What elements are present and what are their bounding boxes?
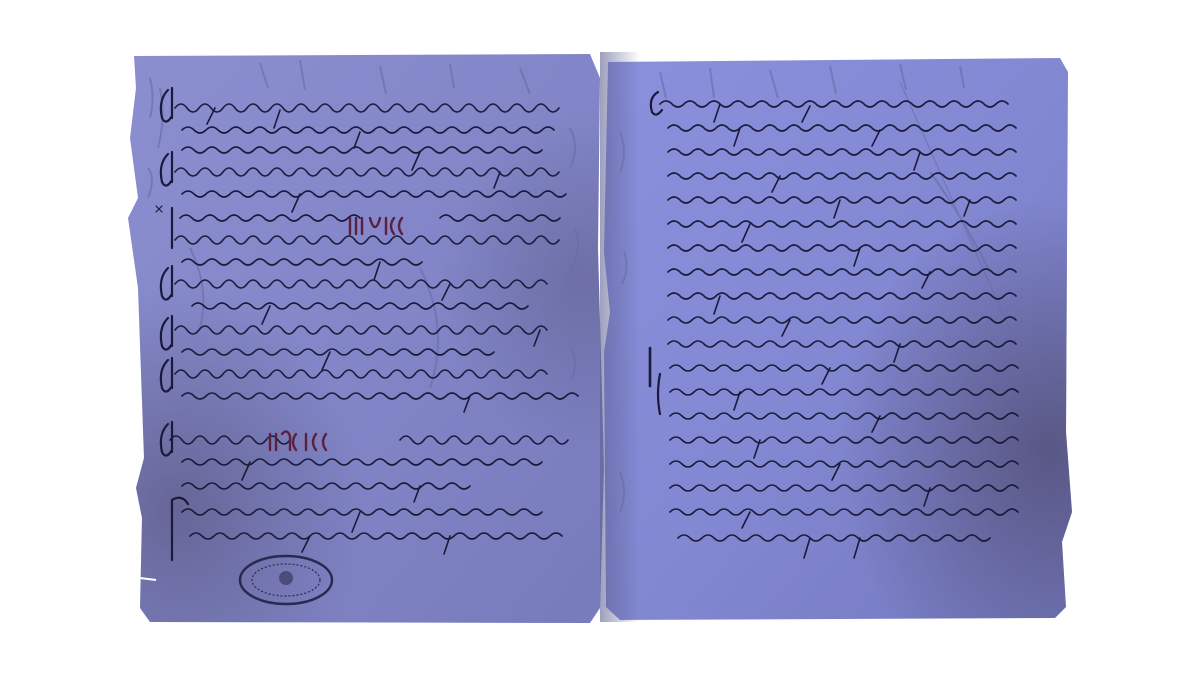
right-folio (600, 52, 1075, 622)
manuscript-photo (0, 0, 1200, 675)
right-folio-image (600, 52, 1075, 622)
left-folio (120, 48, 610, 628)
left-folio-image (120, 48, 610, 628)
